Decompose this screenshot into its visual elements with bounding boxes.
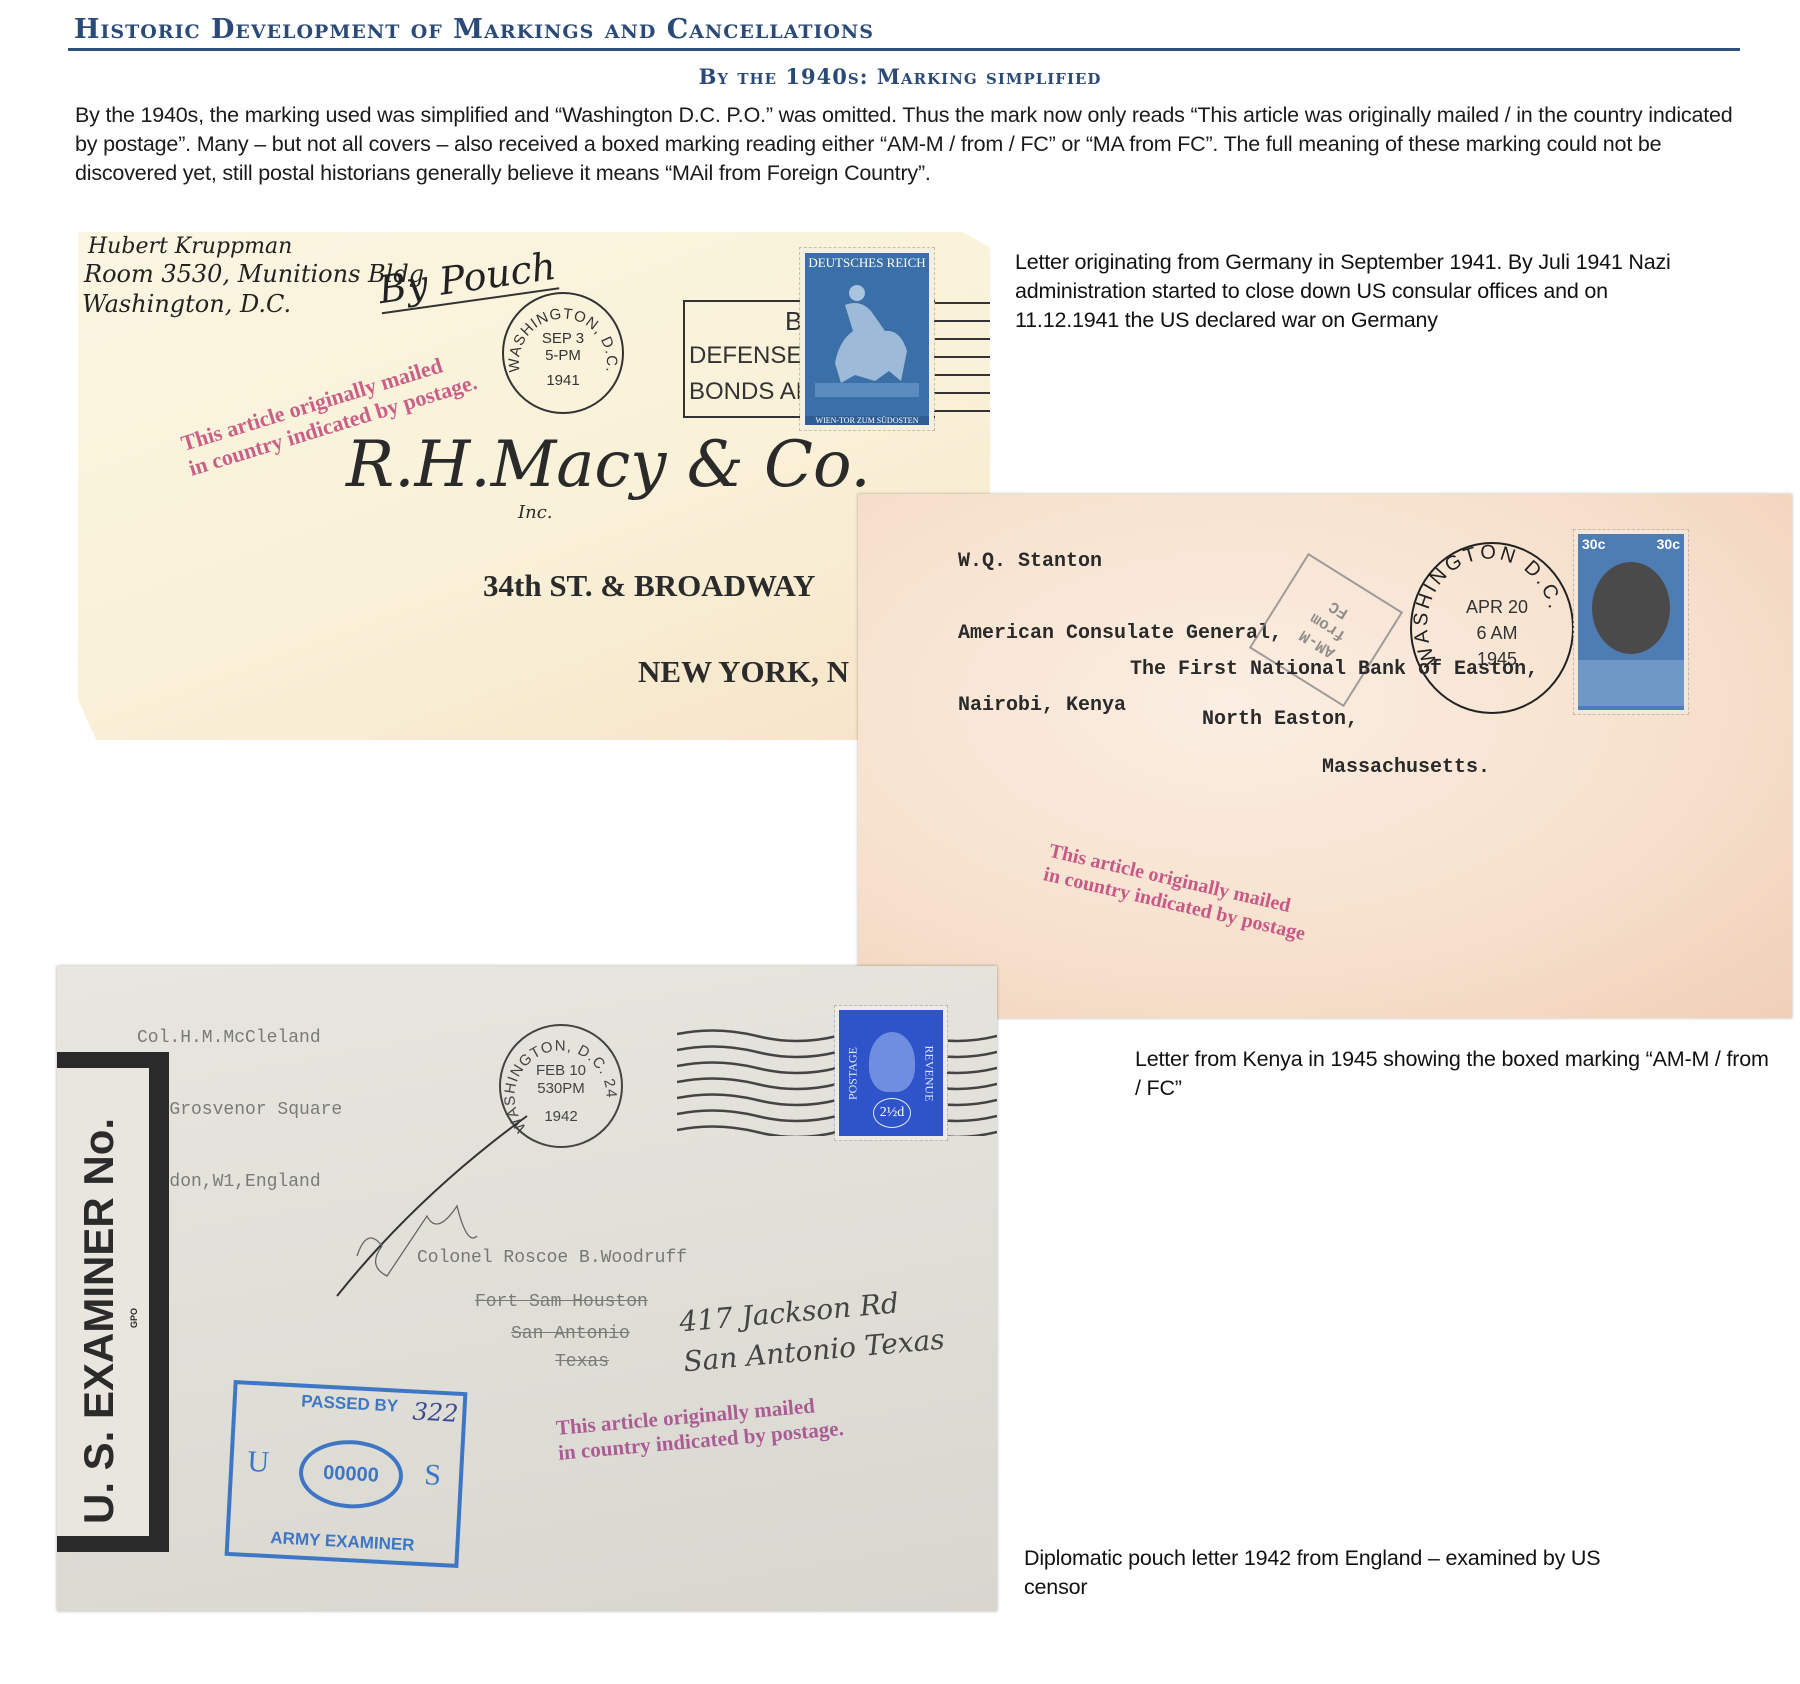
sender-line-1: Hubert Kruppman: [88, 234, 292, 259]
caption-germany-cover: Letter originating from Germany in Septe…: [1015, 248, 1675, 335]
intro-paragraph: By the 1940s, the marking used was simpl…: [75, 101, 1735, 188]
addressee-line-1: The First National Bank of Easton,: [1130, 658, 1538, 681]
struck-address-3: Texas: [555, 1352, 609, 1372]
page-title: Historic Development of Markings and Can…: [74, 14, 874, 45]
censor-label-border: U. S. EXAMINER No. GPO: [57, 1052, 169, 1552]
caption-england-cover: Diplomatic pouch letter 1942 from Englan…: [1024, 1544, 1664, 1602]
postmark-time: 6 AM: [1432, 620, 1562, 646]
postmark-date: FEB 10: [501, 1062, 621, 1080]
sender-line-3: Washington, D.C.: [82, 290, 291, 318]
cover-england-1942: Col.H.M.McCleland 20 Grosvenor Square Lo…: [57, 966, 997, 1611]
stamp-value-right: 30c: [1657, 536, 1680, 552]
addressee-logo-sub: Inc.: [518, 502, 553, 523]
sender-line-1: Col.H.M.McCleland: [137, 1026, 342, 1050]
section-subtitle: By the 1940s: Marking simplified: [0, 64, 1800, 89]
equestrian-statue-icon: [805, 271, 929, 411]
postmark-time: 5-PM: [504, 347, 622, 364]
address-line-1: 34th ST. & BROADWAY: [483, 568, 815, 604]
struck-address-1: Fort Sam Houston: [475, 1292, 648, 1312]
address-line-2: NEW YORK, N: [638, 654, 849, 690]
title-rule: [68, 48, 1740, 51]
censor-label-gpo: GPO: [129, 1308, 139, 1328]
stamp-country: DEUTSCHES REICH: [805, 255, 929, 271]
sender-line-2: Room 3530, Munitions Bldg: [84, 260, 424, 288]
struck-address-2: San Antonio: [511, 1324, 630, 1344]
stamp-landscape: [1578, 660, 1684, 706]
postmark-circle: WASHINGTON D.C. APR 20 6 AM 1945: [1410, 542, 1574, 714]
addressee-line-3: Massachusetts.: [1322, 756, 1490, 779]
stamp-deutsches-reich: DEUTSCHES REICH WIEN-TOR ZUM SÜDOSTEN: [800, 248, 934, 430]
postmark-time: 530PM: [501, 1080, 621, 1098]
cover-kenya-1945: W.Q. Stanton American Consulate General,…: [858, 494, 1792, 1018]
stamp-gb-2-5d: POSTAGE REVENUE 2½d: [835, 1006, 947, 1140]
sender-line-1: W.Q. Stanton: [958, 550, 1282, 574]
censor-stamp: PASSED BY 322 U 00000 S ARMY EXAMINER: [225, 1380, 468, 1568]
postmark-date: APR 20: [1432, 594, 1562, 620]
king-portrait-icon: [1592, 562, 1670, 654]
censor-label: U. S. EXAMINER No. GPO: [57, 1068, 149, 1536]
censor-examiner-number: 322: [412, 1397, 459, 1427]
handwritten-signature: [327, 1106, 547, 1306]
addressee-logo: R.H.Macy & Co.: [346, 428, 871, 502]
censor-label-text: U. S. EXAMINER No.: [75, 1118, 123, 1524]
stamp-value: 2½d: [873, 1098, 911, 1128]
originally-mailed-marking: This article originally mailed in countr…: [555, 1391, 845, 1466]
addressee-name: Colonel Roscoe B.Woodruff: [417, 1248, 687, 1268]
caption-kenya-cover: Letter from Kenya in 1945 showing the bo…: [1135, 1045, 1775, 1103]
postmark-date: SEP 3: [504, 330, 622, 347]
censor-stamp-u: U: [247, 1445, 270, 1480]
censor-stamp-bottom: ARMY EXAMINER: [229, 1526, 456, 1558]
postmark-circle: WASHINGTON, D.C. 7 SEP 3 5-PM 1941: [502, 292, 624, 414]
addressee-line-2: North Easton,: [1202, 708, 1358, 731]
stamp-revenue-text: REVENUE: [922, 1024, 937, 1124]
cover-germany-1941: Hubert Kruppman Room 3530, Munitions Bld…: [78, 232, 990, 740]
censor-stamp-s: S: [423, 1458, 441, 1493]
king-head-icon: [869, 1032, 915, 1092]
cancel-bars: [933, 302, 990, 412]
stamp-inscription: WIEN-TOR ZUM SÜDOSTEN: [805, 416, 929, 425]
stamp-value-left: 30c: [1582, 536, 1605, 552]
stamp-kenya-30c: 30c 30c: [1574, 530, 1688, 714]
stamp-postage-text: POSTAGE: [846, 1024, 861, 1124]
censor-stamp-number: 00000: [297, 1438, 404, 1511]
sender-line-2: American Consulate General,: [958, 622, 1282, 646]
postmark-year: 1941: [504, 372, 622, 389]
originally-mailed-marking: This article originally mailed in countr…: [1041, 839, 1313, 946]
